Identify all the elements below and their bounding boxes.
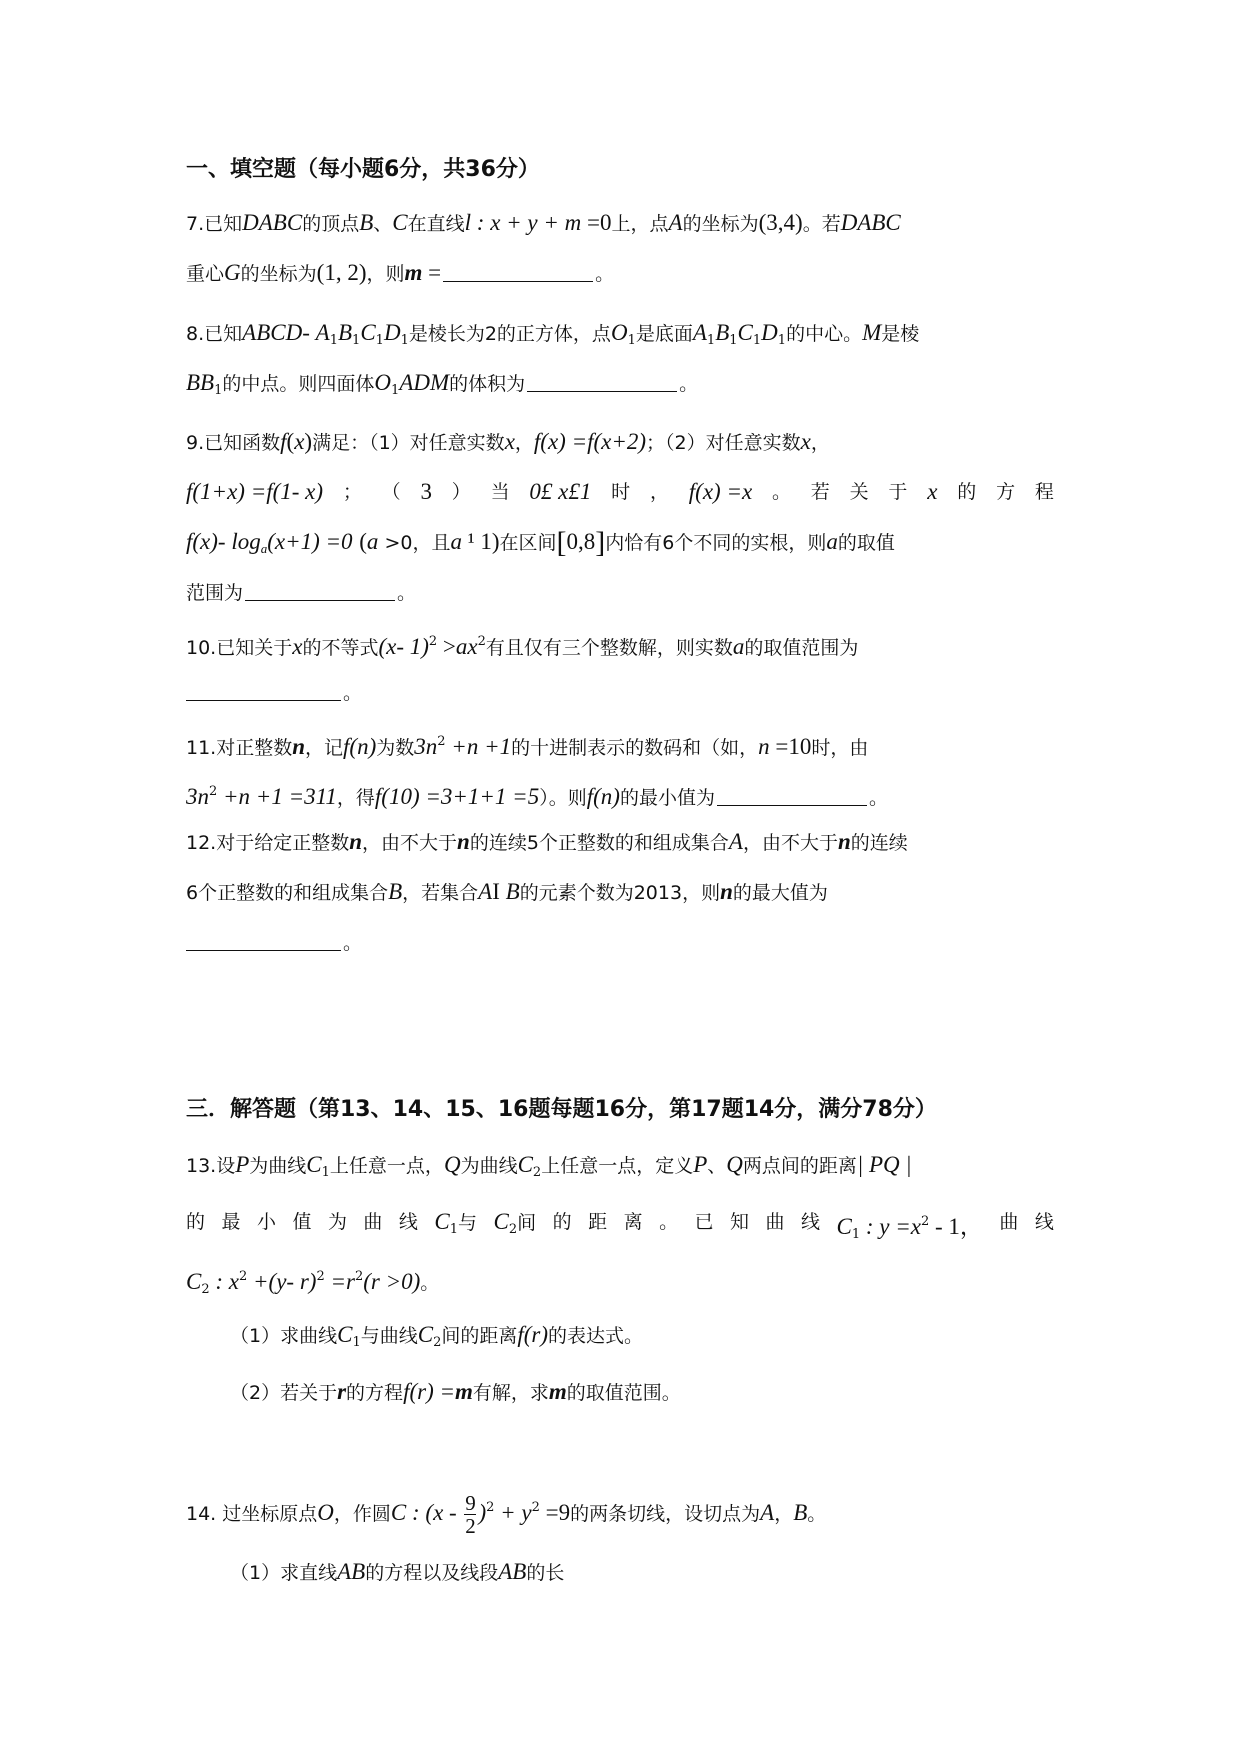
math: C — [836, 1214, 851, 1239]
text: 的中心。 — [786, 323, 862, 345]
question-9-line-4: 范围为。 — [186, 577, 1054, 608]
text: 满足：（1）对任意实数 — [312, 432, 505, 454]
question-10-line-1: 10.已知关于x的不等式(x- 1)2 >ax2有且仅有三个整数解，则实数a的取… — [186, 627, 1054, 663]
text: 的坐标为 — [683, 213, 759, 235]
text: 当 — [491, 477, 510, 507]
math: ax — [456, 634, 478, 659]
text: ； — [343, 477, 362, 507]
subscript: 1 — [729, 333, 737, 348]
math: a — [826, 529, 838, 554]
math: - 1， — [929, 1214, 983, 1239]
subscript: 1 — [401, 333, 409, 348]
text: ， — [650, 477, 669, 507]
text: 。 — [343, 932, 362, 954]
text: （1）求直线 — [230, 1562, 337, 1584]
math: AB — [498, 1559, 526, 1584]
math: (x+1) =0 — [267, 529, 352, 554]
text: 为数 — [376, 737, 414, 759]
math: +(y- r) — [247, 1269, 316, 1294]
math: C — [494, 1209, 509, 1234]
text: 重心 — [186, 263, 224, 285]
math: 0£ x£1 — [529, 477, 591, 507]
text: 在直线 — [408, 213, 465, 235]
math: G — [224, 260, 241, 285]
left-bracket: [ — [557, 526, 567, 559]
math: C — [337, 1322, 352, 1347]
text: 、 — [707, 1155, 726, 1177]
question-8-line-2: BB1的中点。则四面体O1ADM的体积为。 — [186, 368, 1054, 406]
subscript: 1 — [753, 333, 761, 348]
math: A — [669, 210, 683, 235]
question-12-line-3: 。 — [186, 927, 1054, 958]
text: 间 — [517, 1212, 536, 1234]
text: 的取值 — [838, 532, 895, 554]
math: 0,8 — [567, 529, 596, 554]
text: 距 — [588, 1207, 607, 1250]
superscript: 2 — [316, 1269, 324, 1284]
text: 两点间的距离 — [743, 1155, 857, 1177]
text: 的元素个数为2013，则 — [520, 882, 720, 904]
text: 12.对于给定正整数 — [186, 832, 349, 854]
superscript: 2 — [478, 634, 486, 649]
text: 7.已知 — [186, 213, 242, 235]
superscript: 2 — [532, 1500, 540, 1515]
math: = — [422, 260, 441, 285]
text: 曲 — [999, 1207, 1018, 1250]
text: 小 — [257, 1207, 276, 1250]
text: ， — [811, 432, 830, 454]
question-9-line-2: f(1+x) =f(1- x)；（3）当0£ x£1时，f(x) =x。若关于x… — [186, 477, 1054, 507]
math: f(x) =x — [689, 477, 752, 507]
text: ；（2）对任意实数 — [646, 432, 801, 454]
text: 关 — [850, 477, 869, 507]
answer-blank-11[interactable] — [717, 785, 867, 806]
text: 。 — [595, 263, 614, 285]
math: C — [418, 1322, 433, 1347]
math: Q — [726, 1152, 743, 1177]
text: 上，点 — [612, 213, 669, 235]
subscript: 1 — [628, 333, 636, 348]
text: 的取值范围为 — [744, 637, 858, 659]
text: 8.已知 — [186, 323, 242, 345]
math: + y — [494, 1500, 531, 1525]
math: =10 — [770, 734, 812, 759]
question-14-line-1: 14. 过坐标原点O，作圆C : (x - 92)2 + y2 =9的两条切线，… — [186, 1478, 1054, 1538]
math: C — [360, 320, 375, 345]
question-9-line-3: f(x)- loga(x+1) =0 (a >0，且a ¹ 1)在区间[0,8]… — [186, 527, 1054, 564]
math: m — [455, 1379, 473, 1404]
math: n — [349, 829, 362, 854]
text: 有解，求 — [473, 1382, 549, 1404]
math: m — [549, 1379, 567, 1404]
math: n — [758, 734, 770, 759]
text: 。 — [420, 1272, 439, 1294]
superscript: 2 — [437, 734, 445, 749]
math: O — [611, 320, 628, 345]
math: A — [316, 320, 330, 345]
text: 的不等式 — [302, 637, 378, 659]
text: 的表达式。 — [548, 1325, 643, 1347]
text: 离 — [624, 1207, 643, 1250]
math: - — [302, 320, 315, 345]
math: =9 — [540, 1500, 570, 1525]
question-11-line-2: 3n2 +n +1 =311，得f(10) =3+1+1 =5）。则f(n)的最… — [186, 777, 1054, 813]
text: 。若 — [803, 213, 841, 235]
subscript: 1 — [778, 333, 786, 348]
text: ，则 — [366, 263, 404, 285]
math: C — [306, 1152, 321, 1177]
math: O — [317, 1500, 334, 1525]
math: (r >0) — [363, 1269, 420, 1294]
text: （ — [382, 477, 401, 507]
superscript: 2 — [921, 1214, 929, 1229]
text: 的 — [553, 1207, 572, 1250]
text: 知 — [730, 1207, 749, 1250]
question-10-line-2: 。 — [186, 677, 1054, 708]
text: 的坐标为 — [241, 263, 317, 285]
math: a — [367, 529, 379, 554]
math: f(10) =3+1+1 =5 — [375, 784, 539, 809]
text: 11.对正整数 — [186, 737, 292, 759]
question-13-part-1: （1）求曲线C1与曲线C2间的距离f(r)的表达式。 — [230, 1320, 1098, 1358]
question-7-line-2: 重心G的坐标为(1, 2)，则m =。 — [186, 258, 1054, 289]
answer-blank-12[interactable] — [186, 930, 341, 951]
math: ¹ 1) — [462, 529, 500, 554]
text: 。 — [397, 582, 416, 604]
math: ABCD — [242, 320, 302, 345]
text: （1）求曲线 — [230, 1325, 337, 1347]
section-heading-fill-blank: 一、填空题（每小题6分，共36分） — [186, 155, 1054, 185]
math: DABC — [841, 210, 901, 235]
text: 最 — [221, 1207, 240, 1250]
text: 的最小值为 — [620, 787, 715, 809]
math: > — [437, 634, 456, 659]
question-11-line-1: 11.对正整数n，记f(n)为数3n2 +n +1的十进制表示的数码和（如，n … — [186, 727, 1054, 763]
math: x — [927, 477, 937, 507]
text: 为 — [328, 1207, 347, 1250]
text: ，得 — [337, 787, 375, 809]
subscript: 2 — [509, 1222, 517, 1237]
math: B — [388, 879, 402, 904]
math: a — [733, 634, 745, 659]
math: B — [793, 1500, 807, 1525]
question-13-line-3: C2 : x2 +(y- r)2 =r2(r >0)。 — [186, 1262, 1054, 1305]
text: 10.已知关于 — [186, 637, 292, 659]
math: m — [405, 260, 423, 285]
text: 有且仅有三个整数解，则实数 — [486, 637, 733, 659]
math: +n +1 =311 — [217, 784, 337, 809]
text: ，由不大于 — [743, 832, 838, 854]
text: 的方程以及线段 — [365, 1562, 498, 1584]
math: ( — [359, 529, 367, 554]
math: C — [392, 210, 407, 235]
text: 。 — [343, 682, 362, 704]
subscript: 1 — [322, 1165, 330, 1180]
text: 。 — [869, 787, 888, 809]
math: AB — [337, 1559, 365, 1584]
math: f(r) = — [403, 1379, 455, 1404]
question-13-part-2: （2）若关于r的方程f(r) =m有解，求m的取值范围。 — [230, 1377, 1098, 1408]
math: A — [478, 879, 492, 904]
text: 的十进制表示的数码和（如， — [511, 737, 758, 759]
text: 线 — [801, 1207, 820, 1250]
math: | PQ | — [857, 1152, 912, 1177]
math: f(x) =f(x+2) — [534, 429, 646, 454]
text: 时，由 — [811, 737, 868, 759]
text: 与 — [458, 1212, 477, 1234]
text: ）。则 — [539, 787, 587, 809]
math: C : (x - — [391, 1500, 463, 1525]
math: C — [434, 1209, 449, 1234]
math: f(n) — [587, 784, 620, 809]
text: 上任意一点， — [330, 1155, 444, 1177]
exam-page: 一、填空题（每小题6分，共36分） 7.已知DABC的顶点B、C在直线l : x… — [0, 0, 1241, 1754]
text: （2）若关于 — [230, 1382, 337, 1404]
text: 线 — [399, 1207, 418, 1250]
math: x — [292, 634, 302, 659]
answer-blank-9[interactable] — [245, 580, 395, 601]
text: 是底面 — [636, 323, 693, 345]
text: ，作圆 — [334, 1503, 391, 1525]
math: O — [374, 370, 391, 395]
answer-blank-8[interactable] — [527, 371, 677, 392]
subscript: 1 — [450, 1222, 458, 1237]
math: x — [505, 429, 515, 454]
math: (x- 1) — [378, 634, 428, 659]
text: 曲 — [363, 1207, 382, 1250]
text: 是棱长为2的正方体，点 — [409, 323, 611, 345]
text: 的连续5个正整数的和组成集合 — [470, 832, 729, 854]
superscript: 2 — [355, 1269, 363, 1284]
math: 3 — [420, 477, 432, 507]
text: ，由不大于 — [362, 832, 457, 854]
text: 为曲线 — [249, 1155, 306, 1177]
math: 3n — [414, 734, 437, 759]
text: 的方程 — [346, 1382, 403, 1404]
math: P — [693, 1152, 707, 1177]
text: 在区间 — [500, 532, 557, 554]
math: B — [338, 320, 352, 345]
question-13-line-2: 的最小值为曲线C1与C2间的距离。已知曲线C1 : y =x2 - 1，曲线 — [186, 1207, 1054, 1250]
text: 值 — [292, 1207, 311, 1250]
math: x — [801, 429, 811, 454]
math: a — [450, 529, 462, 554]
math: C — [186, 1269, 201, 1294]
text: ，记 — [305, 737, 343, 759]
text: 的长 — [526, 1562, 564, 1584]
text: 14. 过坐标原点 — [186, 1503, 317, 1525]
math: 3n — [186, 784, 209, 809]
math: D — [384, 320, 401, 345]
math: +n +1 — [446, 734, 512, 759]
math: Q — [444, 1152, 461, 1177]
text: 的 — [186, 1207, 205, 1250]
question-9-line-1: 9.已知函数f(x)满足：（1）对任意实数x，f(x) =f(x+2)；（2）对… — [186, 427, 1054, 458]
math: : y =x — [860, 1214, 921, 1239]
math: ) — [478, 1500, 486, 1525]
math: (3,4) — [759, 210, 803, 235]
math: B — [500, 879, 520, 904]
math: f(n) — [343, 734, 376, 759]
math: BB — [186, 370, 214, 395]
math: n — [292, 734, 305, 759]
text: 为曲线 — [461, 1155, 518, 1177]
math: D — [761, 320, 778, 345]
subscript: 1 — [376, 333, 384, 348]
math: x — [294, 429, 304, 454]
question-12-line-2: 6个正整数的和组成集合B，若集合AI B的元素个数为2013，则n的最大值为 — [186, 877, 1054, 908]
math: C — [518, 1152, 533, 1177]
text: 的 — [957, 477, 976, 507]
text: ， — [774, 1503, 793, 1525]
math: DABC — [242, 210, 302, 235]
text: 的连续 — [851, 832, 908, 854]
math: n — [457, 829, 470, 854]
math: f(r) — [517, 1322, 548, 1347]
text: ， — [515, 432, 534, 454]
math: n — [720, 879, 733, 904]
text: 的最大值为 — [733, 882, 828, 904]
text: 的中点。则四面体 — [222, 373, 374, 395]
math: M — [862, 320, 881, 345]
math: n — [838, 829, 851, 854]
math: r — [337, 1379, 346, 1404]
text: 于 — [888, 477, 907, 507]
text: 的两条切线，设切点为 — [570, 1503, 760, 1525]
text: 内恰有6个不同的实根，则 — [605, 532, 826, 554]
text: 13.设 — [186, 1155, 235, 1177]
numerator: 9 — [465, 1492, 476, 1514]
answer-blank-7[interactable] — [443, 261, 593, 282]
math: ADM — [399, 370, 449, 395]
heading-text: 三．解答题（第13、14、15、16题每题16分，第17题14分，满分78分） — [186, 1097, 937, 1122]
subscript: 1 — [330, 333, 338, 348]
math: A — [693, 320, 707, 345]
superscript: 2 — [429, 634, 437, 649]
math: P — [235, 1152, 249, 1177]
math: ) — [304, 429, 312, 454]
subscript: 1 — [352, 1335, 360, 1350]
text: 范围为 — [186, 582, 243, 604]
fraction-nine-halves: 92 — [464, 1492, 476, 1537]
question-8-line-1: 8.已知ABCD- A1B1C1D1是棱长为2的正方体，点O1是底面A1B1C1… — [186, 318, 1054, 356]
math: l : x + y + m — [465, 210, 582, 235]
text: 线 — [1035, 1207, 1054, 1250]
text: 的顶点 — [302, 213, 359, 235]
text: 的取值范围。 — [567, 1382, 681, 1404]
math: =r — [325, 1269, 355, 1294]
subscript: 2 — [533, 1165, 541, 1180]
text: 。 — [659, 1207, 678, 1250]
text: 。 — [807, 1503, 826, 1525]
text: 程 — [1035, 477, 1054, 507]
text: >0，且 — [378, 532, 450, 554]
text: 。 — [772, 477, 791, 507]
heading-text: 一、填空题（每小题6分，共36分） — [186, 157, 540, 182]
question-7-line-1: 7.已知DABC的顶点B、C在直线l : x + y + m =0上，点A的坐标… — [186, 208, 1054, 239]
text: 、 — [373, 213, 392, 235]
text: 方 — [996, 477, 1015, 507]
subscript: 2 — [201, 1282, 209, 1297]
text: 的体积为 — [449, 373, 525, 395]
math: =0 — [581, 210, 611, 235]
text: 时 — [611, 477, 630, 507]
text: 9.已知函数 — [186, 432, 280, 454]
text: 间的距离 — [441, 1325, 517, 1347]
math: A — [729, 829, 743, 854]
text: 。 — [679, 373, 698, 395]
denominator: 2 — [465, 1515, 476, 1537]
math: C — [738, 320, 753, 345]
question-14-part-1: （1）求直线AB的方程以及线段AB的长 — [230, 1557, 1098, 1588]
intersection-symbol: I — [492, 879, 500, 904]
answer-blank-10[interactable] — [186, 680, 341, 701]
math: : x — [210, 1269, 239, 1294]
text: 与曲线 — [361, 1325, 418, 1347]
right-bracket: ] — [595, 526, 605, 559]
section-heading-answer: 三．解答题（第13、14、15、16题每题16分，第17题14分，满分78分） — [186, 1095, 1054, 1125]
subscript: 1 — [852, 1227, 860, 1242]
text: 6个正整数的和组成集合 — [186, 882, 388, 904]
text: 上任意一点，定义 — [541, 1155, 693, 1177]
math: f(x)- log — [186, 529, 261, 554]
question-13-line-1: 13.设P为曲线C1上任意一点，Q为曲线C2上任意一点，定义P、Q两点间的距离|… — [186, 1150, 1054, 1188]
math: A — [760, 1500, 774, 1525]
math: (1, 2) — [317, 260, 367, 285]
text: 是棱 — [881, 323, 919, 345]
text: 曲 — [766, 1207, 785, 1250]
text: 已 — [695, 1207, 714, 1250]
text: 若 — [811, 477, 830, 507]
math: B — [715, 320, 729, 345]
subscript: 1 — [707, 333, 715, 348]
question-12-line-1: 12.对于给定正整数n，由不大于n的连续5个正整数的和组成集合A，由不大于n的连… — [186, 827, 1054, 858]
text: ，若集合 — [402, 882, 478, 904]
math: B — [359, 210, 373, 235]
text: ） — [452, 477, 471, 507]
math: f(1+x) =f(1- x) — [186, 477, 323, 507]
